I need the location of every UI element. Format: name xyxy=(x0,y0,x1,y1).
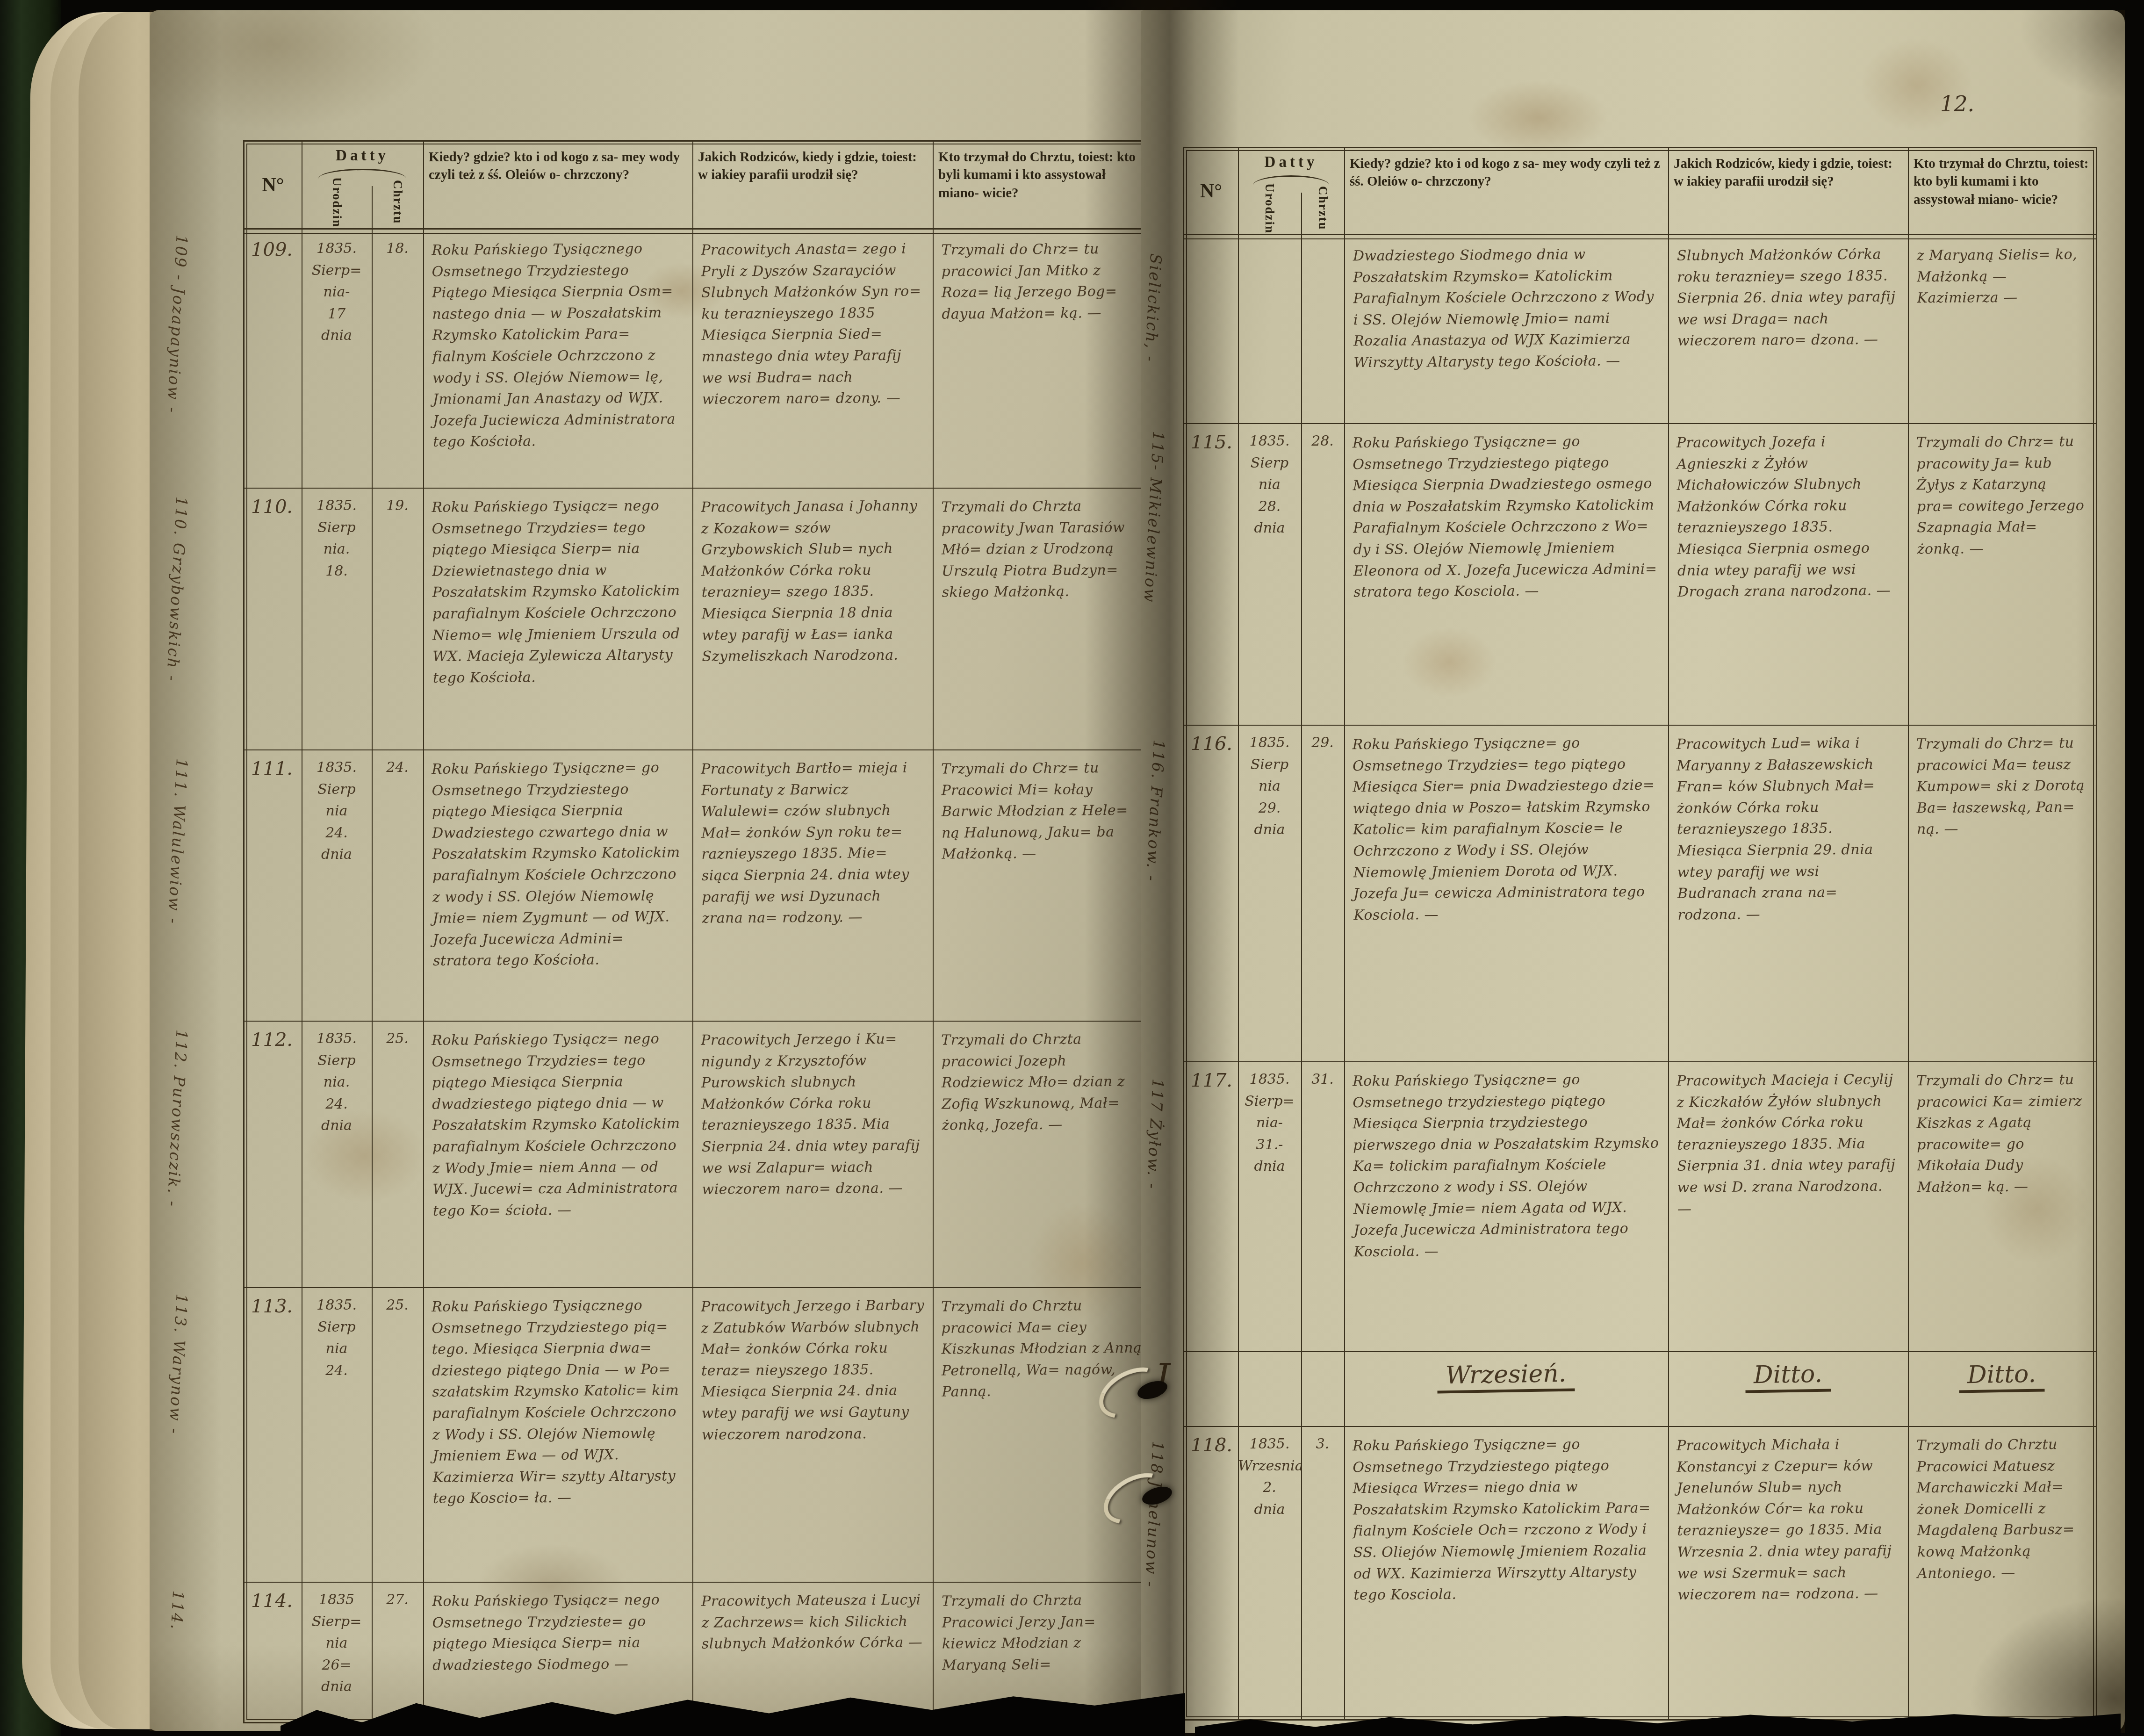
header-parents-question: Jakich Rodziców, kiedy i gdzie, toiest: … xyxy=(692,142,933,228)
header-baptism-question: Kiedy? gdzie? kto i od kogo z sa- mey wo… xyxy=(423,142,692,228)
birth-date: 1835. Sierp nia. 24. dnia xyxy=(302,1022,372,1287)
parents-text: Pracowitych Lud= wika i Maryanny z Bałas… xyxy=(1667,725,1909,1062)
baptism-date: 28. xyxy=(1301,424,1344,725)
baptism-text: Roku Pańskiego Tysiączne= go Osmsetnego … xyxy=(1343,725,1669,1063)
baptism-date: 25. xyxy=(372,1288,423,1582)
margin-note-111: 111. Walulewiow - xyxy=(159,758,191,1027)
register-row-115: 115. 1835. Sierp nia 28. dnia 28. Roku P… xyxy=(1184,424,2096,725)
month-header-row: Wrzesień. Ditto. Ditto. xyxy=(1184,1352,2096,1426)
ditto-godparents: Ditto. xyxy=(1908,1352,2096,1426)
godparents-text: z Maryaną Sielis= ko, Małżonką — Kazimie… xyxy=(1907,237,2097,424)
godparents-text: Trzymali do Chrz= tu pracowici Ka= zimie… xyxy=(1907,1062,2097,1352)
datty-label: Datty xyxy=(302,147,423,165)
baptism-date: 25. xyxy=(372,1022,423,1287)
baptism-text: Roku Pańskiego Tysiącznego Osmsetnego Tr… xyxy=(422,231,693,489)
entry-number: 109. xyxy=(245,231,302,488)
entry-number: 114. xyxy=(245,1583,302,1721)
parents-text: Pracowitych Michała i Konstancyi z Czepu… xyxy=(1667,1426,1909,1720)
register-row-112: 112. 1835. Sierp nia. 24. dnia 25. Roku … xyxy=(245,1022,1154,1287)
parents-text: Pracowitych Jozefa i Agnieszki z Żyłów M… xyxy=(1667,423,1909,726)
parents-text: Pracowitych Mateusza i Lucyi z Zachrzews… xyxy=(692,1582,933,1722)
header-no-label: N° xyxy=(262,174,284,196)
header-no-label: N° xyxy=(1200,180,1222,202)
register-row-110: 110. 1835. Sierp nia. 18. 19. Roku Pańsk… xyxy=(245,489,1154,749)
paper-stain xyxy=(1861,38,1973,132)
ditto-label: Ditto. xyxy=(1745,1360,1831,1393)
register-row-118: 118. 1835. Wrzesnia 2. dnia 3. Roku Pańs… xyxy=(1184,1427,2096,1719)
godparents-text: Trzymali do Chrzta pracowici Jozeph Rodz… xyxy=(932,1021,1155,1288)
birth-date: 1835. Sierp nia. 18. xyxy=(302,489,372,749)
godparents-text: Trzymali do Chrztu pracowici Ma= ciey Ki… xyxy=(932,1287,1155,1582)
paper-stain xyxy=(1468,80,1608,155)
margin-note-110: 110. Grzybowskich - xyxy=(159,496,191,756)
datty-label: Datty xyxy=(1238,154,1344,171)
entry-number: 116. xyxy=(1184,726,1238,1061)
birth-date: 1835 Sierp= nia 26= dnia xyxy=(302,1583,372,1721)
header-datty: Datty Urodzin Chrztu xyxy=(1238,148,1344,234)
binding-thread xyxy=(1101,1472,1186,1533)
margin-note-109: 109 - Jozapayniow - xyxy=(159,234,191,497)
godparents-text: Trzymali do Chrz= tu pracowity Ja= kub Ż… xyxy=(1907,424,2097,726)
baptism-date: 3. xyxy=(1301,1427,1344,1719)
register-row-continuation: Dwadziestego Siodmego dnia w Poszałatski… xyxy=(1184,237,2096,423)
entry-number: 111. xyxy=(245,750,302,1021)
birth-date: 1835. Sierp nia 24. xyxy=(302,1288,372,1582)
entry-number: 112. xyxy=(245,1022,302,1287)
header-no: N° xyxy=(1184,148,1238,234)
header-urodzin: Urodzin xyxy=(1238,186,1301,231)
baptism-text: Roku Pańskiego Tysiączne= go Osmsetnego … xyxy=(1343,1061,1669,1353)
baptism-date: 19. xyxy=(372,489,423,749)
godparents-text: Trzymali do Chrz= tu Pracowici Mi= kołay… xyxy=(932,749,1155,1021)
baptism-date: 27. xyxy=(372,1583,423,1721)
page-number: 12. xyxy=(1940,91,1974,116)
baptism-text: Dwadziestego Siodmego dnia w Poszałatski… xyxy=(1344,236,1669,425)
entry-number: 115. xyxy=(1184,424,1238,725)
birth-date: 1835. Wrzesnia 2. dnia xyxy=(1238,1427,1301,1719)
baptism-text: Roku Pańskiego Tysiącznego Osmsetnego Tr… xyxy=(422,1287,693,1583)
margin-note-112: 112. Purowszczik. - xyxy=(159,1029,191,1294)
baptism-date: 29. xyxy=(1301,726,1344,1061)
register-row-117: 117. 1835. Sierp= nia- 31.- dnia 31. Rok… xyxy=(1184,1062,2096,1351)
register-row-116: 116. 1835. Sierp nia 29. dnia 29. Roku P… xyxy=(1184,726,2096,1061)
birth-date: 1835. Sierp= nia- 17 dnia xyxy=(302,231,372,488)
baptism-text: Roku Pańskiego Tysiącz= nego Osmsetnego … xyxy=(423,1582,693,1722)
parents-text: Pracowitych Anasta= zego i Pryli z Dyszó… xyxy=(691,231,934,489)
register-row-109: 109. 1835. Sierp= nia- 17 dnia 18. Roku … xyxy=(245,231,1154,488)
godparents-text: Trzymali do Chrz= tu pracowici Jan Mitko… xyxy=(932,231,1155,488)
baptism-date: 31. xyxy=(1301,1062,1344,1351)
left-register-table: N° Datty Urodzin Chrztu Kiedy? gdzie? kt… xyxy=(243,140,1155,1723)
baptism-text: Roku Pańskiego Tysiącz= nego Osmsetnego … xyxy=(422,1021,693,1288)
header-baptism-question: Kiedy? gdzie? kto i od kogo z sa- mey wo… xyxy=(1344,148,1668,234)
parents-text: Pracowitych Bartło= mieja i Fortunaty z … xyxy=(691,749,934,1022)
header-urodzin: Urodzin xyxy=(302,179,372,225)
header-chrztu: Chrztu xyxy=(372,179,423,225)
parents-text: Pracowitych Jerzego i Barbary z Zatubków… xyxy=(691,1287,934,1583)
left-page: 109 - Jozapayniow - 110. Grzybowskich - … xyxy=(150,10,1176,1731)
month-header: Wrzesień. xyxy=(1344,1352,1668,1426)
baptism-text: Roku Pańskiego Tysiączne= go Osmsetnego … xyxy=(1343,423,1669,726)
right-page: 12. Sielickich, - 115- Mikielewniow 116.… xyxy=(1141,10,2125,1733)
header-datty: Datty Urodzin Chrztu xyxy=(302,142,423,228)
header-chrztu: Chrztu xyxy=(1301,186,1344,231)
birth-date: 1835. Sierp= nia- 31.- dnia xyxy=(1238,1062,1301,1351)
baptism-text: Roku Pańskiego Tysiącz= nego Osmsetnego … xyxy=(422,488,693,750)
parents-text: Slubnych Małżonków Córka roku terazniey=… xyxy=(1668,236,1909,424)
header-godparents-question: Kto trzymał do Chrztu, toiest: kto byli … xyxy=(933,142,1154,228)
godparents-text: Trzymali do Chrz= tu pracowici Ma= teusz… xyxy=(1907,725,2097,1062)
baptism-date: 24. xyxy=(372,750,423,1021)
entry-number: 110. xyxy=(245,489,302,749)
binding-thread xyxy=(1097,1366,1181,1418)
left-table-header: N° Datty Urodzin Chrztu Kiedy? gdzie? kt… xyxy=(245,142,1154,228)
parents-text: Pracowitych Janasa i Johanny z Kozakow= … xyxy=(691,488,934,750)
baptism-date: 18. xyxy=(372,231,423,488)
birth-date: 1835. Sierp nia 29. dnia xyxy=(1238,726,1301,1061)
register-row-113: 113. 1835. Sierp nia 24. 25. Roku Pański… xyxy=(245,1288,1154,1582)
header-parents-question: Jakich Rodziców, kiedy i gdzie, toiest: … xyxy=(1668,148,1908,234)
baptism-text: Roku Pańskiego Tysiączne= go Osmsetnego … xyxy=(422,749,693,1022)
ditto-label: Ditto. xyxy=(1959,1360,2045,1393)
godparents-text: Trzymali do Chrztu Pracowici Matuesz Mar… xyxy=(1907,1426,2097,1720)
entry-number: 113. xyxy=(245,1288,302,1582)
right-table-header: N° Datty Urodzin Chrztu Kiedy? gdzie? kt… xyxy=(1184,148,2096,234)
register-row-111: 111. 1835. Sierp nia 24. dnia 24. Roku P… xyxy=(245,750,1154,1021)
month-label: Wrzesień. xyxy=(1437,1359,1575,1393)
right-register-table: N° Datty Urodzin Chrztu Kiedy? gdzie? kt… xyxy=(1183,147,2097,1721)
parents-text: Pracowitych Jerzego i Ku= nigundy z Krzy… xyxy=(691,1021,934,1288)
parents-text: Pracowitych Macieja i Cecylij z Kiczkałó… xyxy=(1667,1061,1909,1352)
godparents-text: Trzymali do Chrzta pracowity Jwan Tarasi… xyxy=(932,488,1155,750)
header-no: N° xyxy=(245,142,302,228)
margin-note-continuation: Sielickich, - xyxy=(1137,253,1165,454)
margin-note-114: 114. xyxy=(163,1590,188,1722)
entry-number: 118. xyxy=(1184,1427,1238,1719)
header-godparents-question: Kto trzymał do Chrztu, toiest: kto byli … xyxy=(1908,148,2096,234)
entry-number: 117. xyxy=(1184,1062,1238,1351)
margin-note-113: 113. Warynow - xyxy=(159,1293,191,1556)
birth-date: 1835. Sierp nia 24. dnia xyxy=(302,750,372,1021)
baptism-text: Roku Pańskiego Tysiączne= go Osmsetnego … xyxy=(1343,1426,1669,1721)
baptismal-register-scan: 109 - Jozapayniow - 110. Grzybowskich - … xyxy=(0,0,2144,1736)
ditto-parents: Ditto. xyxy=(1668,1352,1908,1426)
birth-date: 1835. Sierp nia 28. dnia xyxy=(1238,424,1301,725)
